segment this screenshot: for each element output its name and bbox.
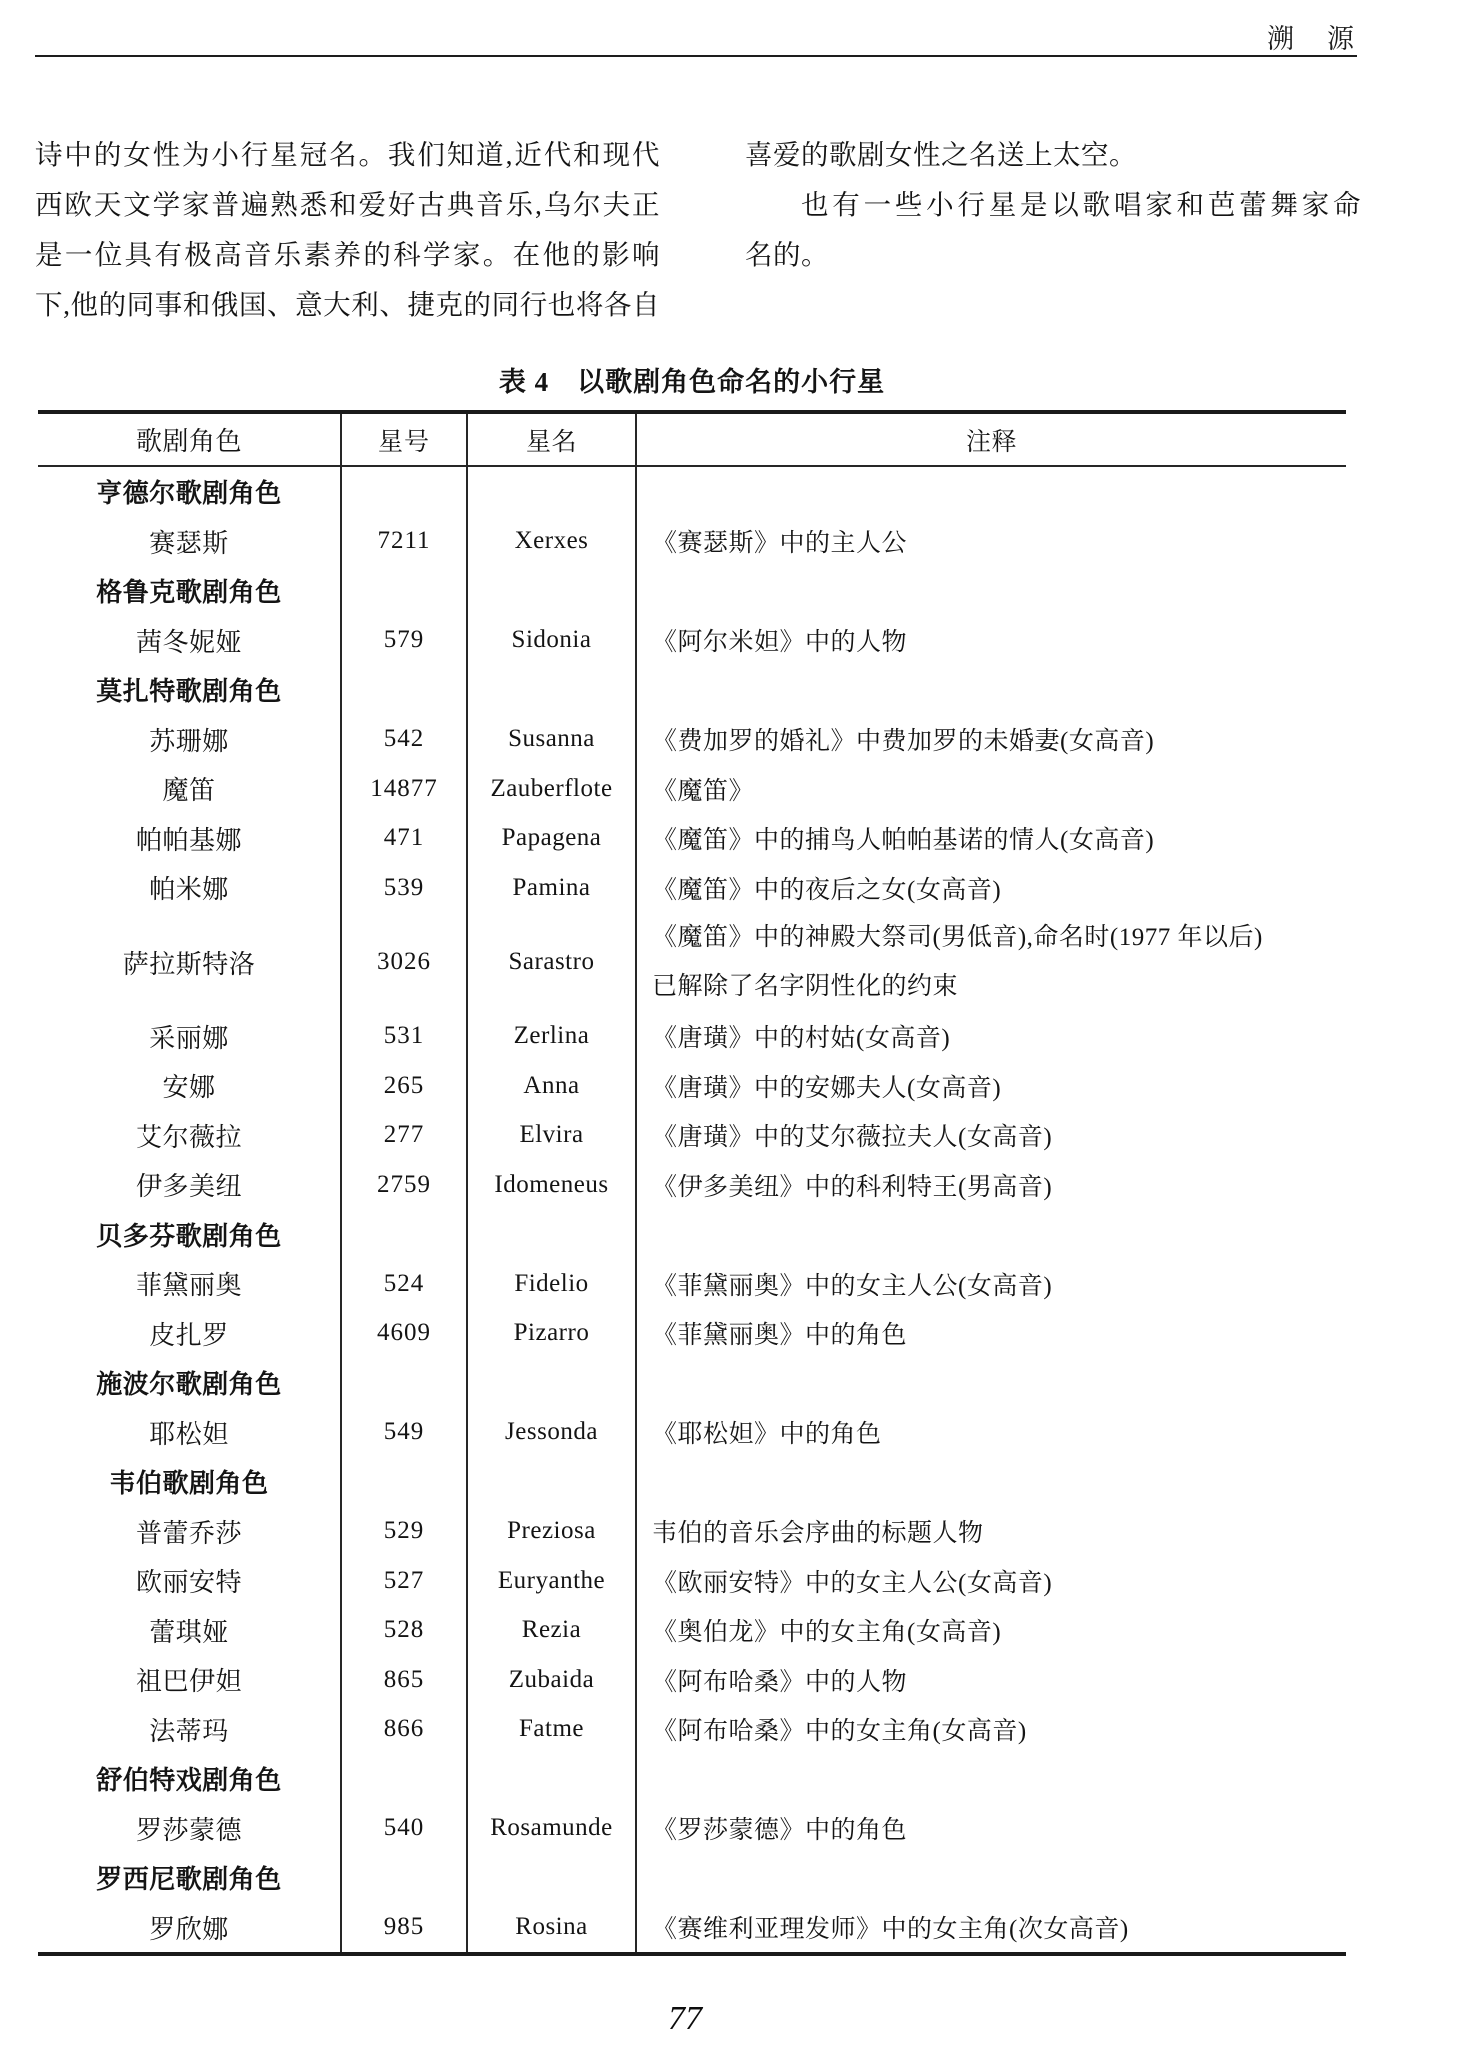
table-row: 帕帕基娜471Papagena《魔笛》中的捕鸟人帕帕基诺的情人(女高音) [38,814,1346,864]
section-row: 莫扎特歌剧角色 [38,665,1346,715]
opera-role-cell: 萨拉斯特洛 [38,913,342,1012]
note-cell: 《耶松妲》中的角色 [637,1408,1346,1458]
star-number-cell: 866 [342,1705,468,1755]
opera-role-cell: 亨德尔歌剧角色 [38,467,342,517]
table-row: 魔笛14877Zauberflote《魔笛》 [38,764,1346,814]
table-row: 普蕾乔莎529Preziosa韦伯的音乐会序曲的标题人物 [38,1507,1346,1557]
star-name-cell [468,467,637,517]
star-name-cell [468,1358,637,1408]
star-name-cell: Fatme [468,1705,637,1755]
star-name-cell [468,1853,637,1903]
intro-text-line: 名的。 [745,230,1361,280]
opera-role-cell: 帕米娜 [38,863,342,913]
star-name-cell: Rosina [468,1903,637,1953]
section-row: 韦伯歌剧角色 [38,1457,1346,1507]
intro-text-line: 也有一些小行星是以歌唱家和芭蕾舞家命 [745,180,1361,230]
table-header-row: 歌剧角色 星号 星名 注释 [38,414,1346,467]
note-cell [637,665,1346,715]
note-cell: 《魔笛》中的捕鸟人帕帕基诺的情人(女高音) [637,814,1346,864]
opera-role-cell: 莫扎特歌剧角色 [38,665,342,715]
section-row: 舒伯特戏剧角色 [38,1754,1346,1804]
table-row: 法蒂玛866Fatme《阿布哈桑》中的女主角(女高音) [38,1705,1346,1755]
intro-text-line: 下,他的同事和俄国、意大利、捷克的同行也将各自 [35,280,660,330]
opera-role-cell: 苏珊娜 [38,715,342,765]
star-number-cell: 7211 [342,517,468,567]
table-row: 艾尔薇拉277Elvira《唐璜》中的艾尔薇拉夫人(女高音) [38,1111,1346,1161]
table-row: 伊多美纽2759Idomeneus《伊多美纽》中的科利特王(男高音) [38,1160,1346,1210]
table-body: 亨德尔歌剧角色赛瑟斯7211Xerxes《赛瑟斯》中的主人公格鲁克歌剧角色茜冬妮… [38,467,1346,1952]
star-name-cell: Zerlina [468,1012,637,1062]
note-cell: 《罗莎蒙德》中的角色 [637,1804,1346,1854]
opera-role-cell: 耶松妲 [38,1408,342,1458]
table-row: 皮扎罗4609Pizarro《菲黛丽奥》中的角色 [38,1309,1346,1359]
star-name-cell: Euryanthe [468,1556,637,1606]
star-name-cell [468,1754,637,1804]
table-row: 罗莎蒙德540Rosamunde《罗莎蒙德》中的角色 [38,1804,1346,1854]
star-name-cell: Zauberflote [468,764,637,814]
star-number-cell: 277 [342,1111,468,1161]
opera-role-cell: 皮扎罗 [38,1309,342,1359]
table-row: 赛瑟斯7211Xerxes《赛瑟斯》中的主人公 [38,517,1346,567]
note-cell: 《奥伯龙》中的女主角(女高音) [637,1606,1346,1656]
star-name-cell: Rosamunde [468,1804,637,1854]
opera-role-cell: 蕾琪娅 [38,1606,342,1656]
star-name-cell: Sarastro [468,913,637,1012]
star-number-cell [342,1853,468,1903]
star-number-cell: 524 [342,1259,468,1309]
opera-role-cell: 魔笛 [38,764,342,814]
table-row: 耶松妲549Jessonda《耶松妲》中的角色 [38,1408,1346,1458]
opera-role-cell: 贝多芬歌剧角色 [38,1210,342,1260]
star-number-cell [342,1754,468,1804]
note-cell [637,467,1346,517]
star-name-cell: Xerxes [468,517,637,567]
star-name-cell: Pamina [468,863,637,913]
star-name-cell: Sidonia [468,616,637,666]
note-line: 已解除了名字阴性化的约束 [652,974,958,999]
table-row: 欧丽安特527Euryanthe《欧丽安特》中的女主人公(女高音) [38,1556,1346,1606]
opera-role-cell: 法蒂玛 [38,1705,342,1755]
star-number-cell: 579 [342,616,468,666]
table-row: 萨拉斯特洛3026Sarastro《魔笛》中的神殿大祭司(男低音),命名时(19… [38,913,1346,1012]
star-number-cell: 531 [342,1012,468,1062]
table-row: 蕾琪娅528Rezia《奥伯龙》中的女主角(女高音) [38,1606,1346,1656]
note-cell: 《魔笛》 [637,764,1346,814]
note-cell: 《赛瑟斯》中的主人公 [637,517,1346,567]
opera-role-cell: 伊多美纽 [38,1160,342,1210]
opera-role-cell: 祖巴伊妲 [38,1655,342,1705]
note-cell: 《阿布哈桑》中的人物 [637,1655,1346,1705]
opera-role-cell: 茜冬妮娅 [38,616,342,666]
note-cell: 韦伯的音乐会序曲的标题人物 [637,1507,1346,1557]
page-number: 77 [650,2000,720,2038]
opera-role-cell: 普蕾乔莎 [38,1507,342,1557]
star-name-cell: Rezia [468,1606,637,1656]
column-header-notes: 注释 [637,414,1346,465]
note-cell: 《魔笛》中的神殿大祭司(男低音),命名时(1977 年以后)已解除了名字阴性化的… [637,913,1346,1012]
star-number-cell [342,665,468,715]
intro-text-line: 诗中的女性为小行星冠名。我们知道,近代和现代 [35,130,660,180]
opera-role-cell: 采丽娜 [38,1012,342,1062]
intro-right-column: 喜爱的歌剧女性之名送上太空。也有一些小行星是以歌唱家和芭蕾舞家命名的。 [745,130,1361,280]
opera-role-cell: 罗欣娜 [38,1903,342,1953]
note-cell: 《魔笛》中的夜后之女(女高音) [637,863,1346,913]
section-row: 施波尔歌剧角色 [38,1358,1346,1408]
star-number-cell [342,566,468,616]
star-name-cell: Anna [468,1061,637,1111]
star-name-cell [468,1210,637,1260]
magazine-page: 溯 源 诗中的女性为小行星冠名。我们知道,近代和现代西欧天文学家普遍熟悉和爱好古… [0,0,1457,2069]
opera-role-cell: 安娜 [38,1061,342,1111]
star-name-cell: Fidelio [468,1259,637,1309]
star-number-cell: 549 [342,1408,468,1458]
note-cell [637,1210,1346,1260]
star-number-cell [342,1210,468,1260]
star-number-cell: 865 [342,1655,468,1705]
star-name-cell: Susanna [468,715,637,765]
star-number-cell: 471 [342,814,468,864]
section-row: 贝多芬歌剧角色 [38,1210,1346,1260]
star-number-cell: 985 [342,1903,468,1953]
table-row: 菲黛丽奥524Fidelio《菲黛丽奥》中的女主人公(女高音) [38,1259,1346,1309]
note-cell: 《唐璜》中的艾尔薇拉夫人(女高音) [637,1111,1346,1161]
note-cell: 《费加罗的婚礼》中费加罗的未婚妻(女高音) [637,715,1346,765]
opera-role-cell: 格鲁克歌剧角色 [38,566,342,616]
note-line: 《魔笛》中的神殿大祭司(男低音),命名时(1977 年以后) [652,925,1263,950]
intro-text-line: 西欧天文学家普遍熟悉和爱好古典音乐,乌尔夫正 [35,180,660,230]
table-row: 采丽娜531Zerlina《唐璜》中的村姑(女高音) [38,1012,1346,1062]
opera-role-cell: 施波尔歌剧角色 [38,1358,342,1408]
star-number-cell: 14877 [342,764,468,814]
opera-role-cell: 菲黛丽奥 [38,1259,342,1309]
table-row: 帕米娜539Pamina《魔笛》中的夜后之女(女高音) [38,863,1346,913]
table-title: 表 4 以歌剧角色命名的小行星 [38,360,1346,399]
table-row: 罗欣娜985Rosina《赛维利亚理发师》中的女主角(次女高音) [38,1903,1346,1953]
star-number-cell: 527 [342,1556,468,1606]
star-name-cell [468,1457,637,1507]
intro-text-line: 是一位具有极高音乐素养的科学家。在他的影响 [35,230,660,280]
note-cell: 《赛维利亚理发师》中的女主角(次女高音) [637,1903,1346,1953]
note-cell [637,1358,1346,1408]
star-name-cell [468,566,637,616]
star-number-cell: 528 [342,1606,468,1656]
note-cell: 《欧丽安特》中的女主人公(女高音) [637,1556,1346,1606]
opera-role-cell: 罗莎蒙德 [38,1804,342,1854]
section-row: 罗西尼歌剧角色 [38,1853,1346,1903]
opera-role-cell: 舒伯特戏剧角色 [38,1754,342,1804]
note-cell: 《菲黛丽奥》中的女主人公(女高音) [637,1259,1346,1309]
star-number-cell: 542 [342,715,468,765]
star-number-cell [342,467,468,517]
star-name-cell [468,665,637,715]
opera-role-cell: 艾尔薇拉 [38,1111,342,1161]
star-name-cell: Zubaida [468,1655,637,1705]
star-name-cell: Papagena [468,814,637,864]
opera-role-cell: 罗西尼歌剧角色 [38,1853,342,1903]
note-cell [637,1853,1346,1903]
star-name-cell: Preziosa [468,1507,637,1557]
note-cell: 《唐璜》中的安娜夫人(女高音) [637,1061,1346,1111]
note-cell: 《唐璜》中的村姑(女高音) [637,1012,1346,1062]
star-number-cell: 265 [342,1061,468,1111]
note-cell: 《阿尔米妲》中的人物 [637,616,1346,666]
column-header-opera-role: 歌剧角色 [38,414,342,465]
opera-role-cell: 帕帕基娜 [38,814,342,864]
note-cell [637,1754,1346,1804]
table-row: 祖巴伊妲865Zubaida《阿布哈桑》中的人物 [38,1655,1346,1705]
star-name-cell: Idomeneus [468,1160,637,1210]
star-number-cell: 3026 [342,913,468,1012]
intro-text-line: 喜爱的歌剧女性之名送上太空。 [745,130,1361,180]
table-row: 苏珊娜542Susanna《费加罗的婚礼》中费加罗的未婚妻(女高音) [38,715,1346,765]
star-name-cell: Elvira [468,1111,637,1161]
table-row: 安娜265Anna《唐璜》中的安娜夫人(女高音) [38,1061,1346,1111]
star-number-cell: 2759 [342,1160,468,1210]
page-header-title: 溯 源 [0,17,1357,56]
star-number-cell: 539 [342,863,468,913]
note-cell: 《伊多美纽》中的科利特王(男高音) [637,1160,1346,1210]
star-number-cell [342,1457,468,1507]
asteroid-table: 歌剧角色 星号 星名 注释 亨德尔歌剧角色赛瑟斯7211Xerxes《赛瑟斯》中… [38,410,1346,1956]
table-row: 茜冬妮娅579Sidonia《阿尔米妲》中的人物 [38,616,1346,666]
star-name-cell: Jessonda [468,1408,637,1458]
section-row: 亨德尔歌剧角色 [38,467,1346,517]
star-number-cell [342,1358,468,1408]
note-cell [637,1457,1346,1507]
star-number-cell: 540 [342,1804,468,1854]
note-cell [637,566,1346,616]
intro-left-column: 诗中的女性为小行星冠名。我们知道,近代和现代西欧天文学家普遍熟悉和爱好古典音乐,… [35,130,660,330]
section-row: 格鲁克歌剧角色 [38,566,1346,616]
star-number-cell: 529 [342,1507,468,1557]
column-header-star-name: 星名 [468,414,637,465]
note-cell: 《阿布哈桑》中的女主角(女高音) [637,1705,1346,1755]
opera-role-cell: 赛瑟斯 [38,517,342,567]
note-cell: 《菲黛丽奥》中的角色 [637,1309,1346,1359]
star-name-cell: Pizarro [468,1309,637,1359]
opera-role-cell: 欧丽安特 [38,1556,342,1606]
column-header-star-number: 星号 [342,414,468,465]
star-number-cell: 4609 [342,1309,468,1359]
header-rule [35,55,1357,57]
opera-role-cell: 韦伯歌剧角色 [38,1457,342,1507]
